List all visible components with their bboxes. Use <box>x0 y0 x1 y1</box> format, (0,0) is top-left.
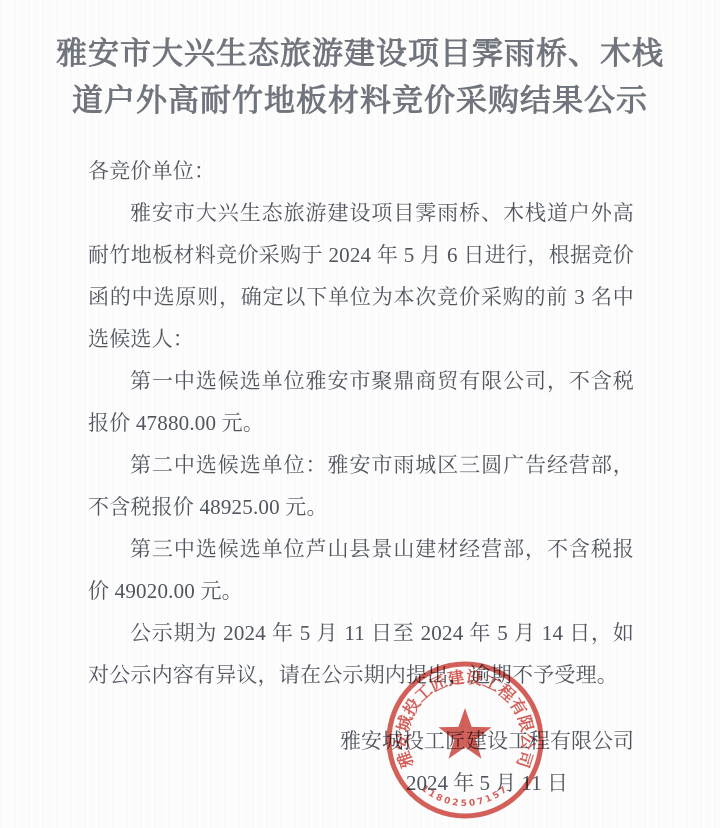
signature-company: 雅安城投工匠建设工程有限公司 <box>340 720 634 762</box>
body-paragraph-publicity-period: 公示期为 2024 年 5 月 11 日至 2024 年 5 月 14 日，如对… <box>88 612 634 696</box>
document-page: 雅安市大兴生态旅游建设项目霁雨桥、木栈 道户外高耐竹地板材料竞价采购结果公示 各… <box>0 0 720 828</box>
document-body: 各竞价单位： 雅安市大兴生态旅游建设项目霁雨桥、木栈道户外高耐竹地板材料竞价采购… <box>0 150 720 696</box>
signature-date: 2024 年 5 月 11 日 <box>340 762 634 804</box>
salutation: 各竞价单位： <box>88 150 634 192</box>
signature-block: 雅安城投工匠建设工程有限公司 2024 年 5 月 11 日 <box>0 720 720 804</box>
body-paragraph-second-candidate: 第二中选候选单位：雅安市雨城区三圆广告经营部，不含税报价 48925.00 元。 <box>88 444 634 528</box>
body-paragraph-first-candidate: 第一中选候选单位雅安市聚鼎商贸有限公司，不含税报价 47880.00 元。 <box>88 360 634 444</box>
title-line-1: 雅安市大兴生态旅游建设项目霁雨桥、木栈 <box>0 30 720 77</box>
body-paragraph-third-candidate: 第三中选候选单位芦山县景山建材经营部，不含税报价 49020.00 元。 <box>88 528 634 612</box>
title-line-2: 道户外高耐竹地板材料竞价采购结果公示 <box>0 77 720 124</box>
document-title: 雅安市大兴生态旅游建设项目霁雨桥、木栈 道户外高耐竹地板材料竞价采购结果公示 <box>0 0 720 124</box>
body-paragraph-intro: 雅安市大兴生态旅游建设项目霁雨桥、木栈道户外高耐竹地板材料竞价采购于 2024 … <box>88 192 634 360</box>
